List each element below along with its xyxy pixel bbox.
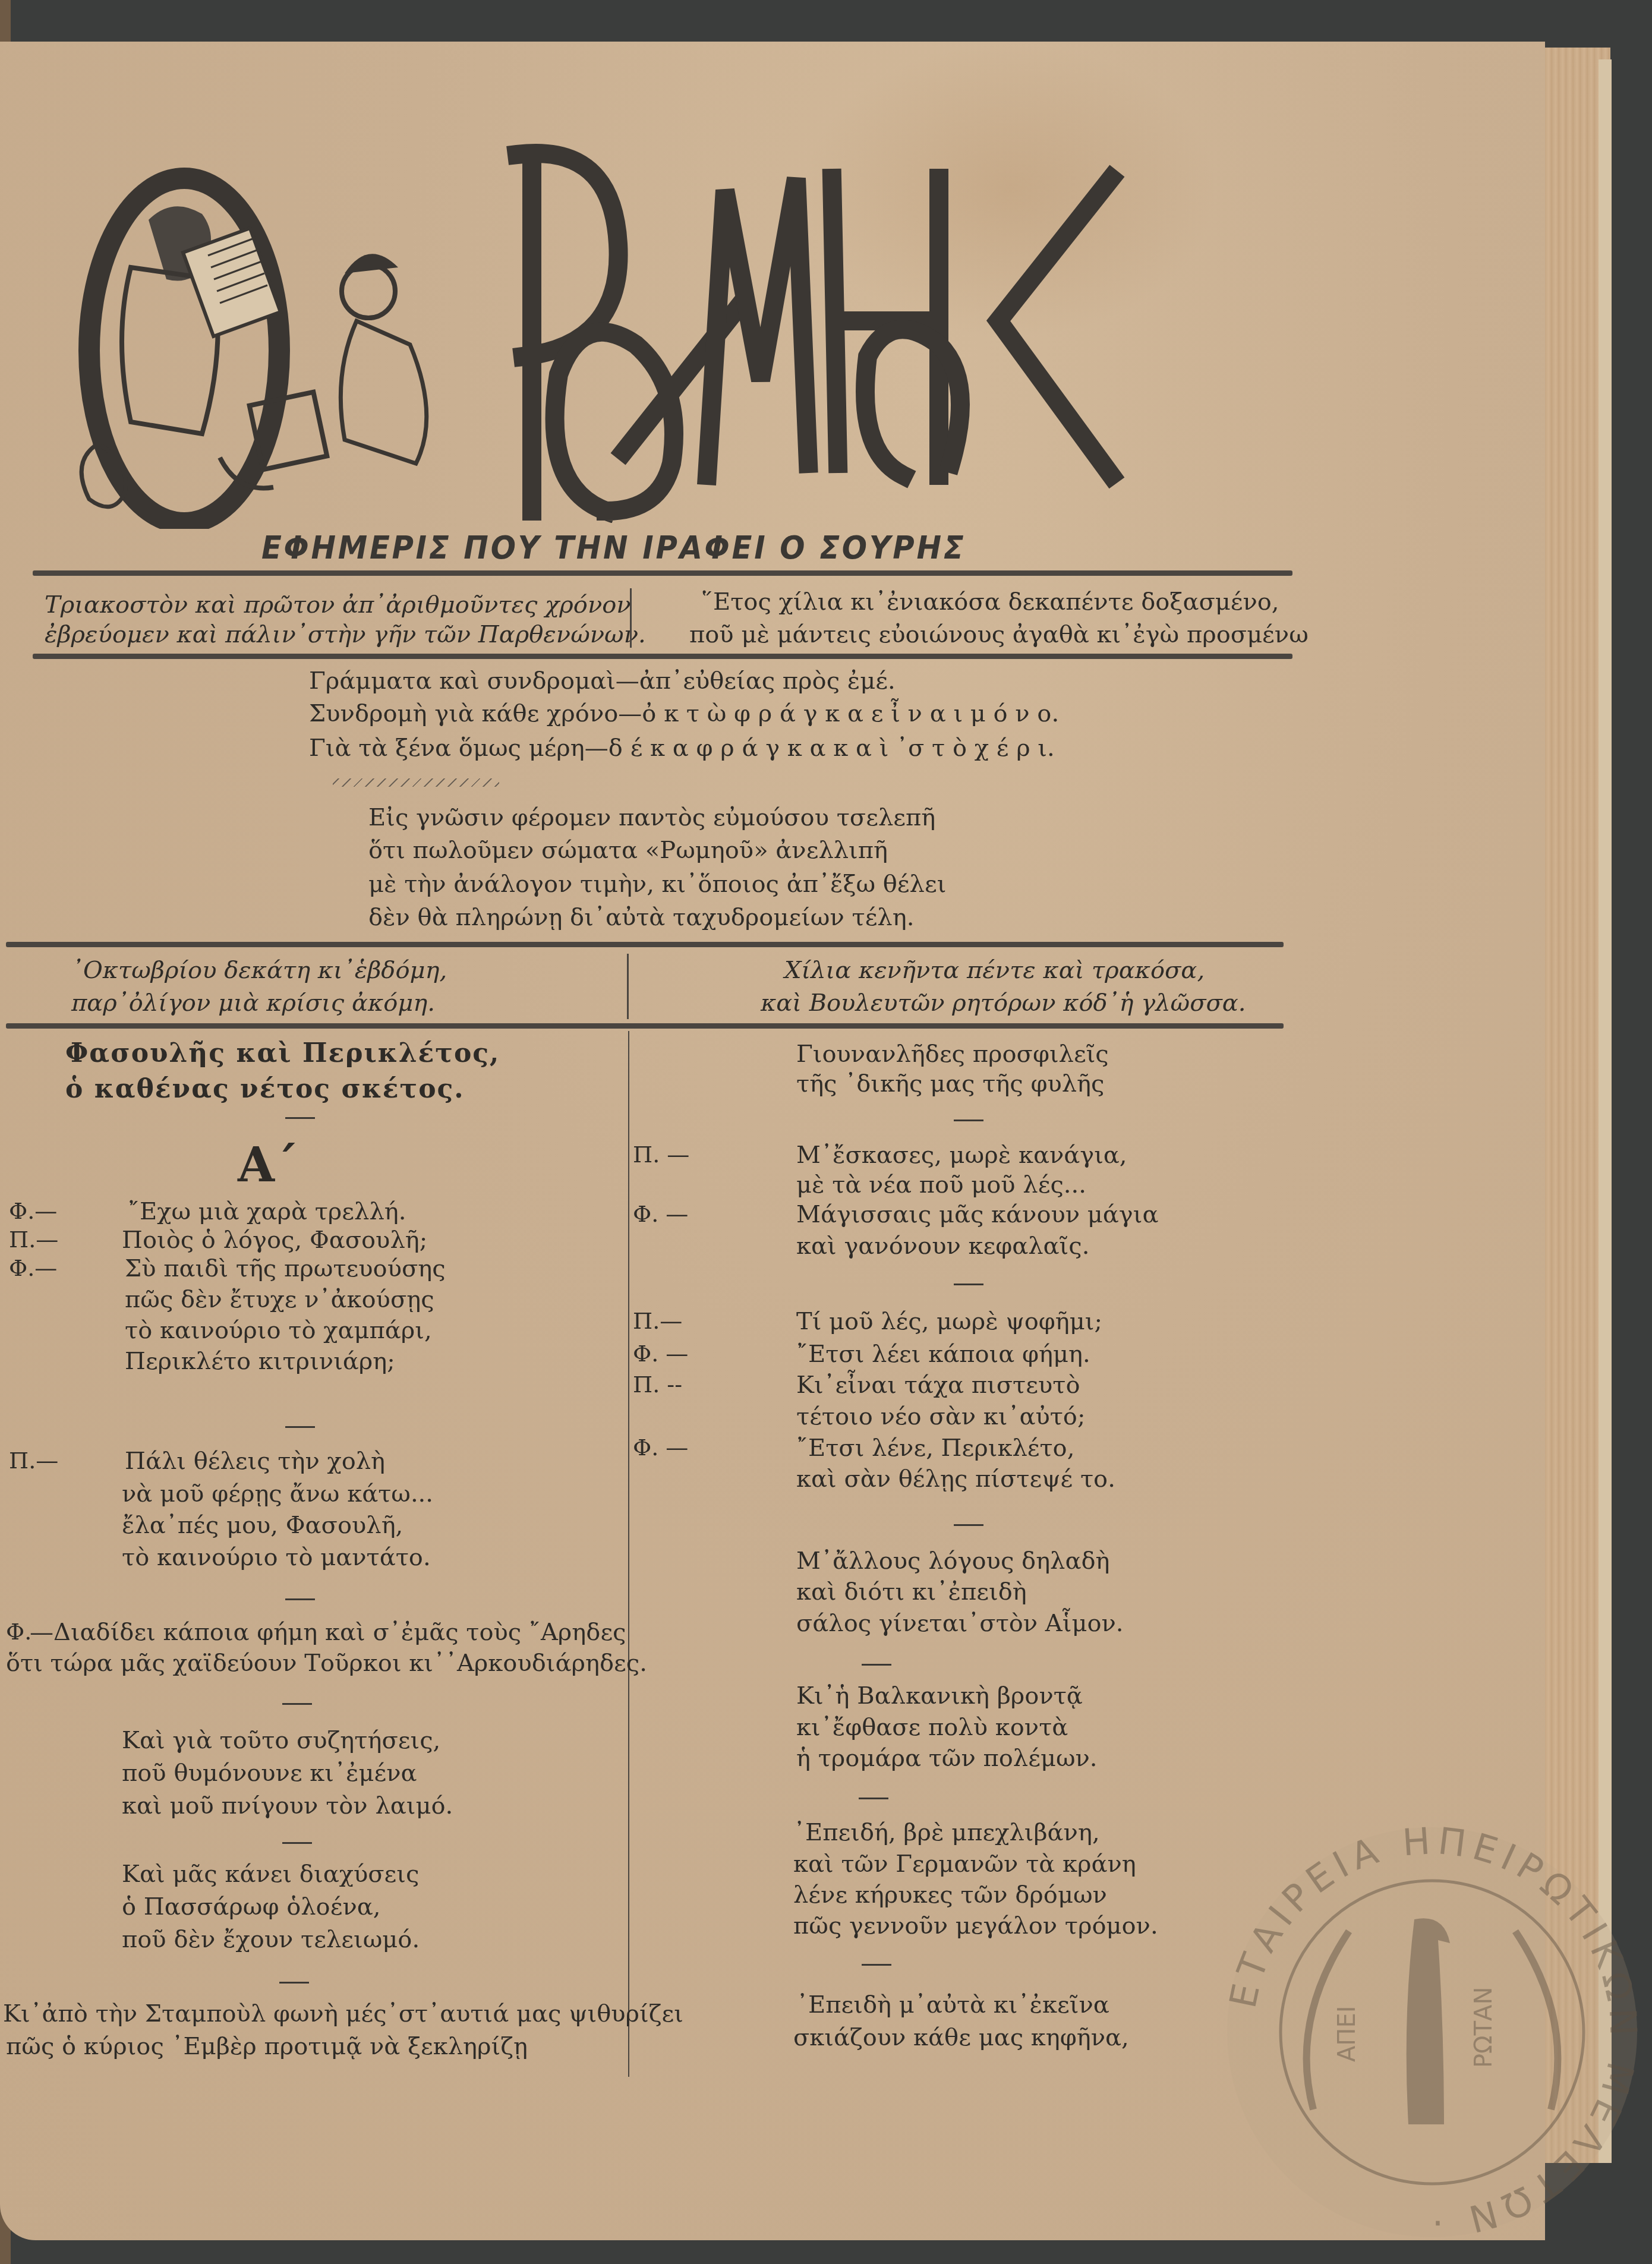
verse-line: σκιάζουν κάθε μας κηφῆνα,	[793, 2020, 1129, 2055]
verse-line: καὶ διότι κι᾿ἐπειδὴ	[796, 1575, 1027, 1610]
subscription-line-1: Γράμματα καὶ συνδρομαὶ—ἀπ᾿εὐθείας πρὸς ἐ…	[309, 663, 896, 699]
verse-line: Κι᾿εἶναι τάχα πιστευτὸ	[796, 1368, 1080, 1403]
verse-line: Κι᾿ἀπὸ τὴν Σταμποὺλ φωνὴ μές᾿στ᾿αυτιά μα…	[3, 1997, 683, 2032]
section-marker: Α΄	[238, 1141, 298, 1188]
separator-dash	[954, 1524, 983, 1526]
verse-line: πῶς ὁ κύριος ᾿Εμβὲρ προτιμᾷ νὰ ξεκληρίζῃ	[6, 2029, 528, 2064]
speaker-label: Π.—	[9, 1444, 58, 1477]
notice-line-2: ὅτι πωλοῦμεν σώματα «Ρωμηοῦ» ἀνελλιπῆ	[368, 832, 888, 869]
stamp-inner-left: ΑΠΕΙ	[1333, 2006, 1361, 2062]
verse-line: ὅτι τώρα μᾶς χαϊδεύουν Τοῦρκοι κι᾿᾿Αρκου…	[6, 1646, 647, 1681]
speaker-label: Φ. —	[633, 1197, 688, 1231]
separator-dash	[282, 1703, 312, 1705]
notice-line-4: δὲν θὰ πληρώνῃ δι᾿αὐτὰ ταχυδρομείων τέλη…	[368, 899, 914, 936]
header-top-rule	[33, 570, 1292, 576]
speaker-label: Π. —	[633, 1138, 689, 1171]
verse-line: ἡ τρομάρα τῶν πολέμων.	[796, 1741, 1098, 1776]
header-left-line-1: Τριακοστὸν καὶ πρῶτον ἀπ᾿ἀριθμοῦντες χρό…	[45, 588, 631, 622]
verse-line: κι᾿ἔφθασε πολὺ κοντὰ	[796, 1710, 1068, 1745]
header-right-line-1: ῞Ετος χίλια κι᾿ἐνιακόσα δεκαπέντε δοξασμ…	[701, 585, 1279, 619]
verse-line: —Διαδίδει κάποια φήμη καὶ σ᾿ἐμᾶς τοὺς ῎Α…	[30, 1615, 626, 1650]
separator-dash	[859, 1798, 888, 1799]
date-left-line-2: παρ᾿ὀλίγον μιὰ κρίσις ἀκόμη.	[71, 986, 435, 1020]
separator-dash	[285, 1426, 315, 1428]
date-top-rule	[6, 942, 1284, 947]
separator-dash	[954, 1120, 983, 1121]
date-right-line-2: καὶ Βουλευτῶν ρητόρων κόδ᾿ἡ γλῶσσα.	[761, 986, 1246, 1020]
article-title-line-1: Φασουλῆς καὶ Περικλέτος,	[65, 1037, 500, 1070]
verse-line: Περικλέτο κιτρινιάρη;	[125, 1344, 395, 1379]
separator-dash	[282, 1842, 312, 1844]
date-left-line-1: ᾿Οκτωβρίου δεκάτη κι᾿ἑβδόμη,	[71, 954, 447, 987]
speaker-label: Φ. —	[633, 1337, 688, 1370]
verse-line: Κι᾿ἡ Βαλκανικὴ βροντᾷ	[796, 1679, 1083, 1714]
notice-line-3: μὲ τὴν ἀνάλογον τιμὴν, κι᾿ὅποιος ἀπ᾿ἔξω …	[368, 866, 946, 903]
speaker-label: Π. --	[633, 1368, 682, 1401]
verse-line: τὸ καινούριο τὸ χαμπάρι,	[125, 1313, 432, 1348]
article-title-line-2: ὁ καθένας νέτος σκέτος.	[65, 1073, 465, 1106]
speaker-label: Φ.—	[9, 1251, 57, 1285]
header-right-line-2: ποῦ μὲ μάντεις εὐοιώνους ἀγαθὰ κι᾿ἐγὼ πρ…	[689, 618, 1309, 651]
masthead-subtitle: ΕΦΗΜΕΡΙΣ ΠΟΥ ΤΗΝ ΙΡΑΦΕΙ Ο ΣΟΥΡΗΣ	[261, 529, 972, 566]
date-bottom-rule	[6, 1023, 1284, 1029]
masthead-title-lettering	[428, 143, 1319, 523]
verse-line: ῎Ετσι λένε, Περικλέτο,	[796, 1431, 1074, 1466]
verse-line: λένε κήρυκες τῶν δρόμων	[793, 1878, 1107, 1913]
separator-dash	[954, 1284, 983, 1285]
library-stamp-icon: ΕΤΑΙΡΕΙΑ ΗΠΕΙΡΩΤΙΚΩΝ ΜΕΛΕΤΩΝ · ΑΠΕΙ ΡΩΤΑ…	[1212, 1812, 1652, 2252]
verse-line: Τί μοῦ λές, μωρὲ ψοφῆμι;	[796, 1304, 1102, 1339]
separator-dash	[862, 1664, 891, 1666]
separator-dash	[285, 1117, 315, 1119]
verse-line: Μ᾿ἄλλους λόγους δηλαδὴ	[796, 1544, 1110, 1579]
verse-line: πῶς γεννοῦν μεγάλον τρόμον.	[793, 1909, 1158, 1944]
separator-dash	[279, 1982, 309, 1984]
speaker-label: Π.—	[633, 1304, 682, 1338]
verse-line: τέτοιο νέο σὰν κι᾿αὐτό;	[796, 1399, 1085, 1434]
verse-line: καὶ μοῦ πνίγουν τὸν λαιμό.	[122, 1789, 453, 1824]
verse-line: ἔλα᾿πές μου, Φασουλῆ,	[122, 1508, 403, 1543]
separator-dash	[285, 1598, 315, 1600]
header-left-line-2: ἐβρεύομεν καὶ πάλιν᾿στὴν γῆν τῶν Παρθενώ…	[45, 618, 646, 651]
verse-line: ῎Ετσι λέει κάποια φήμη.	[796, 1337, 1090, 1372]
verse-line: τῆς ᾿δικῆς μας τῆς φυλῆς	[796, 1067, 1104, 1102]
verse-line: καὶ σὰν θέλῃς πίστεψέ το.	[796, 1462, 1115, 1497]
verse-line: ὁ Πασσάρωφ ὁλοένα,	[122, 1890, 380, 1925]
verse-line: σάλος γίνεται᾿στὸν Αἷμον.	[796, 1606, 1124, 1641]
date-right-line-1: Χίλια κενῆντα πέντε καὶ τρακόσα,	[784, 954, 1205, 987]
stamp-inner-right: ΡΩΤΑΝ	[1470, 1987, 1497, 2068]
verse-line: ποῦ δὲν ἔχουν τελειωμό.	[122, 1922, 420, 1957]
verse-line: καὶ τῶν Γερμανῶν τὰ κράνη	[793, 1847, 1136, 1882]
notice-line-1: Εἰς γνῶσιν φέρομεν παντὸς εὐμούσου τσελε…	[368, 799, 935, 836]
verse-line: Σὺ παιδὶ τῆς πρωτευούσης	[125, 1251, 446, 1286]
verse-line: νὰ μοῦ φέρῃς ἄνω κάτω...	[122, 1477, 433, 1512]
date-divider	[627, 954, 629, 1019]
verse-line: Μάγισσαις μᾶς κάνουν μάγια	[796, 1197, 1158, 1232]
verse-line: Καὶ γιὰ τοῦτο συζητήσεις,	[122, 1723, 440, 1758]
header-bottom-rule	[33, 654, 1292, 659]
verse-line: Πάλι θέλεις τὴν χολὴ	[125, 1444, 385, 1479]
verse-line: ᾿Επειδὴ μ᾿αὐτὰ κι᾿ἐκεῖνα	[796, 1988, 1109, 2023]
verse-line: ποῦ θυμόνουνε κι᾿ἐμένα	[122, 1756, 417, 1791]
speaker-label: Φ.	[6, 1615, 31, 1648]
verse-line: ᾿Επειδή, βρὲ μπεχλιβάνη,	[793, 1815, 1100, 1850]
verse-line: πῶς δὲν ἔτυχε ν᾿ἀκούσῃς	[125, 1282, 434, 1317]
speaker-label: Φ. —	[633, 1431, 688, 1464]
masthead	[59, 149, 1307, 529]
column-divider	[628, 1031, 629, 2077]
wavy-divider	[333, 778, 499, 787]
header-divider	[630, 588, 632, 648]
separator-dash	[862, 1964, 891, 1966]
verse-line: καὶ γανόνουν κεφαλαῖς.	[796, 1229, 1089, 1264]
subscription-line-3: Γιὰ τὰ ξένα ὅμως μέρη—δ έ κ α φ ρ ά γ κ …	[309, 730, 1055, 767]
section-label: Α΄	[238, 1137, 298, 1193]
subscription-line-2: Συνδρομὴ γιὰ κάθε χρόνο—ὀ κ τ ὼ φ ρ ά γ …	[309, 695, 1059, 732]
verse-line: τὸ καινούριο τὸ μαντάτο.	[122, 1540, 431, 1575]
verse-line: Καὶ μᾶς κάνει διαχύσεις	[122, 1857, 419, 1892]
